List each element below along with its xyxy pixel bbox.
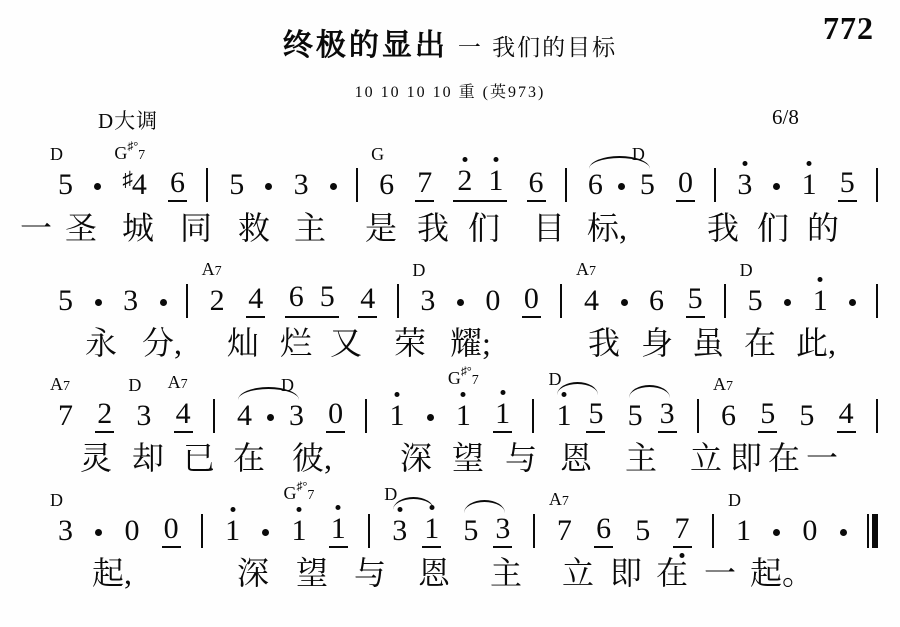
barline	[533, 514, 535, 548]
note: 6	[647, 286, 666, 318]
lyric-char: 灿	[227, 325, 259, 362]
duration-dot	[265, 183, 272, 190]
chord-label: D	[632, 145, 645, 163]
octave-dot-high	[297, 507, 302, 512]
note-digit: 0	[802, 516, 817, 546]
barline	[712, 514, 714, 548]
note-digit: 3	[495, 514, 510, 544]
chord-label: D	[728, 491, 741, 509]
octave-dot-high	[429, 505, 434, 510]
note-digit: 5	[463, 516, 478, 546]
octave-dot-high	[462, 157, 467, 162]
lyric-char: 与	[354, 555, 386, 592]
barline	[532, 399, 534, 433]
beam-group: 65	[285, 282, 339, 318]
note-digit: 6	[170, 168, 185, 198]
note-digit: 1	[292, 516, 307, 546]
lyric-char: 主	[490, 555, 522, 592]
barline	[876, 399, 878, 433]
duration-dot	[621, 299, 628, 306]
lyric-char: 在	[744, 325, 776, 362]
note-digit: 7	[675, 514, 690, 544]
note-digit: 5	[640, 170, 655, 200]
lyric-char: 恩	[418, 555, 450, 592]
note: G♯°7♯4	[120, 170, 149, 202]
note: 6	[527, 168, 546, 202]
slur-group: D31	[390, 514, 441, 548]
lyric-char: 已	[183, 440, 215, 477]
note-digit: 1	[802, 170, 817, 200]
note: 5	[318, 282, 337, 314]
title-row: 终极的显出一 我们的目标	[0, 20, 900, 64]
note-digit: 0	[524, 284, 539, 314]
barline	[201, 514, 203, 548]
duration-dot	[457, 299, 464, 306]
note: 1	[223, 516, 242, 548]
lyric-char: 在	[768, 440, 800, 477]
chord-label: D	[281, 376, 294, 394]
music-line-2: 53A724654D300A7465D51	[56, 254, 878, 318]
octave-dot-high	[397, 507, 402, 512]
note-digit: 5	[635, 516, 650, 546]
note-digit: 3	[737, 170, 752, 200]
note: A77	[555, 516, 574, 548]
note: 0	[676, 168, 695, 202]
octave-dot-high	[742, 161, 747, 166]
note: 5	[626, 401, 645, 433]
chord-label: D	[548, 370, 561, 388]
note-digit: 1	[736, 516, 751, 546]
lyric-char: 圣	[65, 210, 97, 247]
note: 3	[658, 399, 677, 433]
octave-dot-high	[500, 390, 505, 395]
note-digit: 6	[379, 170, 394, 200]
duration-dot	[95, 529, 102, 536]
lyric-char: 深	[237, 555, 269, 592]
note-digit: 1	[813, 286, 828, 316]
meter-info: 10 10 10 10 重 (英973)	[0, 79, 900, 102]
note: 0	[122, 516, 141, 548]
lyrics-line-4: 起,深望与恩主立即在一起。	[0, 555, 900, 597]
lyric-char: 即	[610, 555, 642, 592]
duration-dot	[94, 183, 101, 190]
note: 5	[686, 284, 705, 318]
note: A74	[582, 286, 601, 318]
chord-label: A7	[549, 490, 569, 509]
duration-dot	[95, 299, 102, 306]
music-line-1: D5G♯°7♯4653G672166D50315	[56, 138, 878, 202]
chord-label: D	[412, 261, 425, 279]
lyric-char: 们	[757, 210, 789, 247]
note-digit: 5	[588, 399, 603, 429]
note: D3	[418, 286, 437, 318]
lyric-char: 的	[807, 210, 839, 247]
note: D1	[554, 401, 573, 433]
note-digit: 6	[596, 514, 611, 544]
lyric-char: 耀;	[450, 325, 491, 362]
note: 4	[246, 284, 265, 318]
note-digit: 6	[289, 282, 304, 312]
lyrics-line-2: 永分,灿烂又荣耀;我身虽在此,	[0, 325, 900, 367]
chord-label: A7	[202, 260, 222, 279]
note: D3	[390, 516, 409, 548]
lyric-char: 望	[296, 555, 328, 592]
page-subtitle: 一 我们的目标	[458, 35, 617, 61]
barline	[356, 168, 358, 202]
note-digit: 1	[424, 514, 439, 544]
note: 5	[586, 399, 605, 433]
note-digit: 5	[58, 170, 73, 200]
note: 1	[329, 514, 348, 548]
duration-dot	[840, 529, 847, 536]
lyric-char: 永	[85, 325, 117, 362]
barline	[724, 284, 726, 318]
lyric-char: 一	[806, 440, 838, 477]
note: 7	[415, 168, 434, 202]
octave-dot-high	[230, 507, 235, 512]
note-digit: 2	[97, 399, 112, 429]
note-digit: 5	[748, 286, 763, 316]
lyric-char: 主	[294, 210, 326, 247]
note-digit: 7	[557, 516, 572, 546]
duration-dot	[773, 529, 780, 536]
note: 4	[235, 401, 254, 433]
final-barline-thin	[867, 514, 869, 548]
lyric-char: 们	[468, 210, 500, 247]
note-digit: 6	[649, 286, 664, 316]
slur-group: D15	[554, 399, 605, 433]
note: 3	[292, 170, 311, 202]
note: G♯°71	[290, 516, 309, 548]
lyric-char: 同	[180, 210, 212, 247]
note: 5	[633, 516, 652, 548]
lyric-char: 我	[417, 210, 449, 247]
barline	[368, 514, 370, 548]
note-digit: 4	[360, 284, 375, 314]
chord-label: D	[50, 491, 63, 509]
lyric-char: 与	[505, 440, 537, 477]
note-digit: 4	[237, 401, 252, 431]
octave-dot-high	[395, 392, 400, 397]
lyric-char: 虽	[692, 325, 724, 362]
sharp-accidental: ♯	[122, 167, 133, 191]
slur-group: 53	[626, 399, 677, 433]
note-digit: 0	[678, 168, 693, 198]
note: 4	[358, 284, 377, 318]
barline	[560, 284, 562, 318]
lyric-char: 此,	[796, 325, 836, 362]
note-digit: 1	[225, 516, 240, 546]
note: 1	[811, 286, 830, 318]
lyric-char: 却	[132, 440, 164, 477]
chord-label: D	[740, 261, 753, 279]
note: 3	[121, 286, 140, 318]
note: 0	[326, 399, 345, 433]
octave-dot-high	[807, 161, 812, 166]
duration-dot	[160, 299, 167, 306]
note-digit: 3	[58, 516, 73, 546]
lyric-char: 即	[730, 440, 762, 477]
chord-label: A7	[713, 375, 733, 394]
lyric-char: 立	[562, 555, 594, 592]
hymn-page: 772 终极的显出一 我们的目标 10 10 10 10 重 (英973) D大…	[0, 0, 900, 627]
note: 0	[483, 286, 502, 318]
barline	[876, 284, 878, 318]
note: A76	[719, 401, 738, 433]
note-digit: 2	[210, 286, 225, 316]
duration-dot	[773, 183, 780, 190]
duration-dot	[330, 183, 337, 190]
note-digit: 3	[123, 286, 138, 316]
music-line-3: A772D3A744D301G♯°711D1553A76554	[56, 369, 878, 433]
note: 1	[422, 514, 441, 548]
note-digit: 1	[488, 166, 503, 196]
note: 3	[493, 514, 512, 548]
note-digit: 1	[331, 514, 346, 544]
lyric-char: 救	[238, 210, 270, 247]
note: 0	[522, 284, 541, 318]
lyric-char: 是	[365, 210, 397, 247]
note-digit: 3	[392, 516, 407, 546]
lyric-char: 望	[452, 440, 484, 477]
octave-dot-high	[461, 392, 466, 397]
lyric-char: 灵	[80, 440, 112, 477]
note-digit: 5	[229, 170, 244, 200]
note-digit: 3	[289, 401, 304, 431]
chord-label: G♯°7	[284, 482, 315, 503]
note: D3	[134, 401, 153, 433]
note-digit: 0	[164, 514, 179, 544]
lyric-char: 我	[707, 210, 739, 247]
note: 0	[162, 514, 181, 548]
note-digit: 4	[176, 399, 191, 429]
note: G6	[377, 170, 396, 202]
lyric-char: 身	[641, 325, 673, 362]
octave-dot-high	[561, 392, 566, 397]
chord-label: G♯°7	[448, 367, 479, 388]
chord-label: D	[384, 485, 397, 503]
note-digit: 7	[58, 401, 73, 431]
key-signature: D大调	[98, 105, 158, 135]
note: D1	[734, 516, 753, 548]
note-digit: 5	[760, 399, 775, 429]
barline	[565, 168, 567, 202]
note-digit: 3	[660, 399, 675, 429]
duration-dot	[267, 414, 274, 421]
note: A74	[174, 399, 193, 433]
barline	[876, 168, 878, 202]
slur-group: 53	[461, 514, 512, 548]
lyric-char: 又	[330, 325, 362, 362]
note-digit: 5	[688, 284, 703, 314]
note: 1	[486, 166, 505, 198]
music-line-4: D3001G♯°711D3153A77657D10	[56, 484, 878, 548]
note-digit: 0	[124, 516, 139, 546]
note: 6	[287, 282, 306, 314]
note-digit: 6	[588, 170, 603, 200]
lyrics-line-3: 灵却已在彼,深望与恩主立即在一	[0, 440, 900, 482]
chord-label: G	[371, 145, 384, 163]
note: 3	[735, 170, 754, 202]
lyric-char: 标,	[587, 210, 627, 247]
time-signature: 6/8	[772, 105, 799, 130]
slur-group: 6D5	[586, 170, 657, 202]
barline	[206, 168, 208, 202]
chord-label: D	[50, 145, 63, 163]
note: A77	[56, 401, 75, 433]
note-digit: 5	[58, 286, 73, 316]
duration-dot	[849, 299, 856, 306]
duration-dot	[784, 299, 791, 306]
note: 0	[800, 516, 819, 548]
final-barline-thick	[872, 514, 878, 548]
slur-group: 4D3	[235, 401, 306, 433]
note: 2	[455, 166, 474, 198]
note-digit: 1	[556, 401, 571, 431]
note: 1	[388, 401, 407, 433]
note-digit: 3	[136, 401, 151, 431]
note-digit: 6	[529, 168, 544, 198]
note: G♯°71	[454, 401, 473, 433]
lyric-char: 分,	[142, 325, 182, 362]
barline	[213, 399, 215, 433]
note: D5	[56, 170, 75, 202]
note: D3	[56, 516, 75, 548]
verse-number: 一	[20, 210, 52, 247]
note: 5	[56, 286, 75, 318]
note-digit: 6	[721, 401, 736, 431]
note-digit: 5	[628, 401, 643, 431]
lyric-char: 深	[400, 440, 432, 477]
lyric-char: 主	[625, 440, 657, 477]
lyric-char: 城	[122, 210, 154, 247]
note-digit: 7	[417, 168, 432, 198]
final-barline	[867, 514, 878, 548]
lyric-char: 目	[533, 210, 565, 247]
lyric-char: 一	[704, 555, 736, 592]
note-digit: 1	[456, 401, 471, 431]
chord-label: A7	[50, 375, 70, 394]
octave-dot-high	[336, 505, 341, 510]
octave-dot-high	[493, 157, 498, 162]
lyrics-line-1: 一圣城同救主是我们目标,我们的	[0, 210, 900, 252]
note-digit: 5	[799, 401, 814, 431]
note: A72	[208, 286, 227, 318]
lyric-char: 我	[588, 325, 620, 362]
duration-dot	[262, 529, 269, 536]
chord-label: G♯°7	[114, 142, 145, 163]
note: D5	[746, 286, 765, 318]
lyric-char: 荣	[394, 325, 426, 362]
lyric-char: 烂	[280, 325, 312, 362]
duration-dot	[618, 183, 625, 190]
note: 5	[227, 170, 246, 202]
lyric-char: 在	[656, 555, 688, 592]
note: 6	[586, 170, 605, 202]
lyric-char: 立	[690, 440, 722, 477]
note: 5	[758, 399, 777, 433]
note: 4	[837, 399, 856, 433]
page-title: 终极的显出	[283, 28, 448, 63]
note-digit: 5	[320, 282, 335, 312]
lyric-char: 起。	[750, 555, 814, 592]
note: 5	[461, 516, 480, 548]
lyric-char: 恩	[560, 440, 592, 477]
note-digit: 1	[390, 401, 405, 431]
lyric-char: 彼,	[292, 440, 332, 477]
barline	[397, 284, 399, 318]
note-digit: 0	[328, 399, 343, 429]
note: 2	[95, 399, 114, 433]
note-digit: ♯4	[122, 170, 147, 200]
lyric-char: 在	[233, 440, 265, 477]
note: 5	[838, 168, 857, 202]
note: D5	[638, 170, 657, 202]
duration-dot	[427, 414, 434, 421]
note-digit: 2	[457, 166, 472, 196]
note-digit: 5	[840, 168, 855, 198]
note: 6	[594, 514, 613, 548]
note-digit: 1	[495, 399, 510, 429]
note: 5	[797, 401, 816, 433]
note-digit: 0	[485, 286, 500, 316]
note: 6	[168, 168, 187, 202]
chord-label: A7	[168, 373, 188, 392]
note: 7	[673, 514, 692, 548]
note: D3	[287, 401, 306, 433]
note-digit: 4	[584, 286, 599, 316]
note-digit: 3	[294, 170, 309, 200]
note: 1	[493, 399, 512, 433]
chord-label: A7	[576, 260, 596, 279]
lyric-char: 起,	[92, 555, 132, 592]
note-digit: 4	[839, 399, 854, 429]
note-digit: 4	[248, 284, 263, 314]
chord-label: D	[128, 376, 141, 394]
barline	[697, 399, 699, 433]
barline	[714, 168, 716, 202]
note-digit: 3	[420, 286, 435, 316]
barline	[186, 284, 188, 318]
beam-group: 21	[453, 166, 507, 202]
octave-dot-high	[818, 277, 823, 282]
note: 1	[800, 170, 819, 202]
barline	[365, 399, 367, 433]
